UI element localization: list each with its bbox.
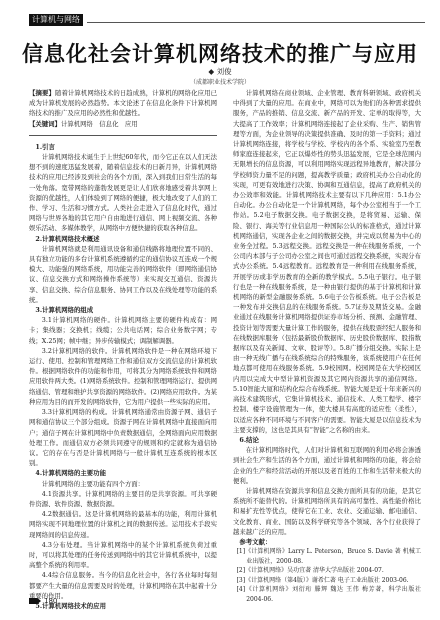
paragraph: 3.1计算机网络的硬件。计算机网络主要的硬件构成有：网卡；集线器；交换机；线缆；… — [29, 315, 217, 346]
section-heading: 参考文献： — [233, 537, 421, 547]
section-heading: 6.结论 — [233, 435, 421, 445]
author-line: ◆ 刘俊 — [0, 66, 440, 77]
paragraph: 4.3分布处理。当计算机网络中的某个计算机系统负荷过重时，可以将其处理的任务传送… — [29, 540, 217, 571]
page-footer: 180 — [29, 597, 57, 605]
paragraph: 计算机网络技术诞生于上世纪60年代，而今它正在以人们无法想不到的速度迅猛发展着，… — [29, 152, 217, 234]
keywords: 【关键词】计算机网络 信息化 应用 — [29, 119, 217, 129]
paragraph: 计算机网络在商业领域、企业管理、教育科研领域、政府机关中得到了大量的应用。在商业… — [233, 88, 421, 435]
left-column: 【摘要】随着计算机网络技术的日趋成熟，计算机的网络化应用已成为计算机发展的必然趋… — [29, 88, 217, 611]
paragraph: 4.2数据通信。这是计算机网络的最基本的功能，利用计算机网络实现不同地理位置的计… — [29, 509, 217, 540]
reference-item: [1]《计算机网络》Larry L. Peterson，Bruce S. Dav… — [233, 547, 421, 566]
references-list: [1]《计算机网络》Larry L. Peterson，Bruce S. Dav… — [233, 547, 421, 604]
abstract-text: 随着计算机网络技术的日趋成熟，计算机的网络化应用已成为计算机发展的必然趋势。本文… — [29, 89, 217, 117]
paragraph: 3.3计算机网络的构成。计算机网络通常由资源子网、通信子网和通信协议三个部分组成… — [29, 407, 217, 468]
paragraph: 计算机网络的主要功能有四个方面： — [29, 479, 217, 489]
section-header: 计算机与网络 — [29, 14, 425, 26]
paragraph: 3.2计算机网络的软件。计算机网络软件是一种在网络环境下运行、使用、控制和管理网… — [29, 346, 217, 407]
keywords-text: 计算机网络 信息化 应用 — [61, 120, 138, 128]
keywords-label: 【关键词】 — [29, 120, 61, 128]
abstract: 【摘要】随着计算机网络技术的日趋成熟，计算机的网络化应用已成为计算机发展的必然趋… — [29, 88, 217, 119]
abstract-divider — [29, 135, 217, 136]
paragraph: 计算机网络在资源共享和信息交换方面所具有的功能，是其它系统所不能替代的。计算机网… — [233, 486, 421, 537]
reference-item: [2]《计算机网络》吴功宜著 清华大学出版社 2004-07. — [233, 566, 421, 576]
right-body: 计算机网络在商业领域、企业管理、教育科研领域、政府机关中得到了大量的应用。在商业… — [233, 88, 421, 547]
affiliation: （成都职业技术学院） — [0, 77, 440, 86]
page-number: 180 — [44, 597, 57, 605]
section-heading: 3.计算机网络的组成 — [29, 305, 217, 315]
header-rule — [87, 22, 425, 23]
section-heading: 4.计算机网络的主要功能 — [29, 468, 217, 478]
diamond-icon: ◆ — [208, 67, 214, 76]
abstract-label: 【摘要】 — [29, 89, 55, 97]
arrow-icon — [29, 598, 41, 604]
left-body: 1.引言计算机网络技术诞生于上世纪60年代，而今它正在以人们无法想不到的速度迅猛… — [29, 142, 217, 611]
section-heading: 2.计算机网络技术概述 — [29, 234, 217, 244]
author-name: 刘俊 — [217, 67, 232, 76]
right-column: 计算机网络在商业领域、企业管理、教育科研领域、政府机关中得到了大量的应用。在商业… — [233, 88, 421, 604]
paragraph: 在计算机网络时代，人们对计算机和互联网的利用必将会渗透到社会生产和生活的各个方面… — [233, 445, 421, 486]
paragraph: 计算机网络就是利用通讯设备和通信线路将地理位置不同的、具有独立功能的多台计算机系… — [29, 244, 217, 305]
reference-item: [3]《计算机网络（第4版）》谢希仁著 电子工业出版社 2003-06. — [233, 576, 421, 586]
section-tag: 计算机与网络 — [29, 14, 83, 26]
paragraph: 4.1资源共享。计算机网络的主要目的是共享资源。可共享硬件资源、软件资源、数据资… — [29, 489, 217, 509]
article-title: 信息化社会计算机网络技术的推广与应用 — [0, 38, 440, 68]
reference-item: [4]《计算机网络》刘衍珩 滕辉 魏达 王伟 梅芳著，科学出版社 2004-06… — [233, 585, 421, 604]
section-heading: 1.引言 — [29, 142, 217, 152]
